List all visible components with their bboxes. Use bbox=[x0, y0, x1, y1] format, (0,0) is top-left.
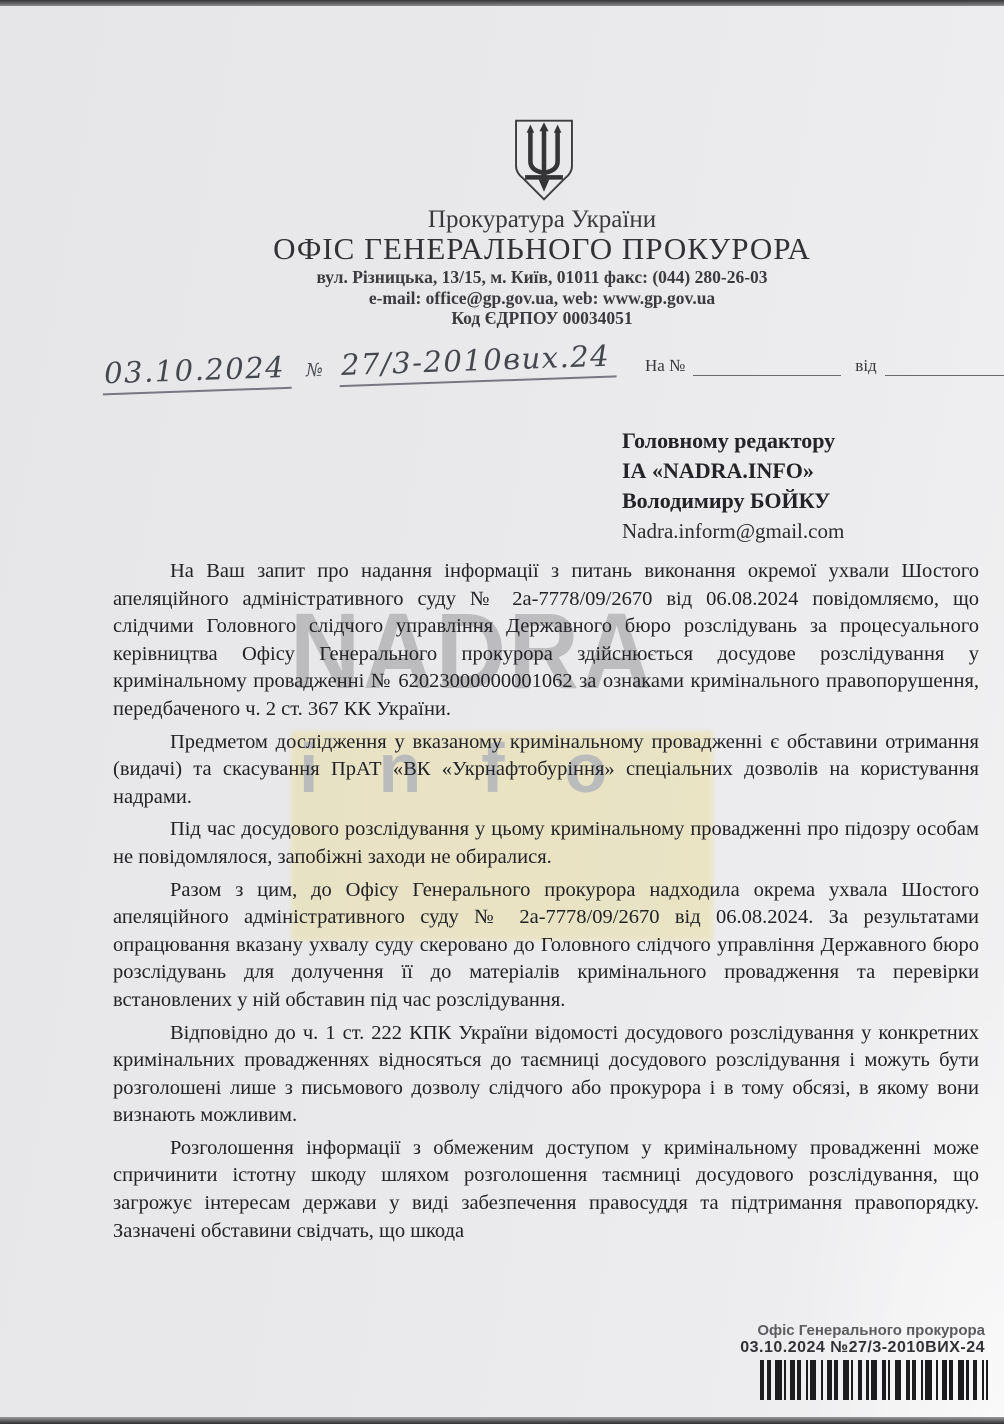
org-name-main: ОФІС ГЕНЕРАЛЬНОГО ПРОКУРОРА bbox=[80, 231, 1004, 267]
ukraine-trident-emblem bbox=[510, 116, 578, 204]
handwritten-number: 27/3-2010вих.24 bbox=[338, 338, 616, 387]
paragraph: На Ваш запит про надання інформації з пи… bbox=[113, 558, 979, 724]
registration-stamp: Офіс Генерального прокурора 03.10.2024 №… bbox=[740, 1322, 985, 1357]
number-sign: № bbox=[302, 359, 329, 381]
incoming-reference-row: На №від bbox=[645, 356, 1004, 376]
recipient-email: Nadra.inform@gmail.com bbox=[622, 516, 844, 546]
paragraph: Відповідно до ч. 1 ст. 222 КПК України в… bbox=[113, 1020, 979, 1130]
from-date-blank-line bbox=[885, 361, 1004, 376]
handwritten-date: 03.10.2024 bbox=[102, 350, 292, 396]
paragraph: Під час досудового розслідування у цьому… bbox=[113, 816, 979, 871]
recipient-block: Головному редактору ІА «NADRA.INFO» Воло… bbox=[622, 426, 844, 546]
letter-body: На Ваш запит про надання інформації з пи… bbox=[113, 558, 979, 1250]
scan-edge-bottom bbox=[0, 1417, 1004, 1424]
paragraph: Розголошення інформації з обмеженим дост… bbox=[113, 1135, 979, 1245]
paragraph: Предметом дослідження у вказаному кримін… bbox=[113, 729, 979, 812]
org-address: вул. Різницька, 13/15, м. Київ, 01011 фа… bbox=[80, 267, 1004, 288]
from-date-label: від bbox=[855, 356, 876, 375]
handwritten-outgoing-reference: 03.10.2024 № 27/3-2010вих.24 bbox=[102, 340, 583, 391]
barcode bbox=[760, 1360, 988, 1400]
org-name-small: Прокуратура України bbox=[80, 206, 1004, 234]
scan-edge-top bbox=[0, 0, 1004, 6]
scanned-letter-page: NADRA info Прокуратура України ОФІС ГЕНЕ… bbox=[0, 0, 1004, 1424]
recipient-role: Головному редактору bbox=[622, 426, 844, 456]
org-edrpou-code: Код ЄДРПОУ 00034051 bbox=[80, 308, 1004, 329]
paragraph: Разом з цим, до Офісу Генерального проку… bbox=[113, 877, 979, 1015]
stamp-org-name: Офіс Генерального прокурора bbox=[740, 1322, 985, 1339]
on-number-blank-line bbox=[693, 361, 841, 376]
stamp-doc-reference: 03.10.2024 №27/3-2010ВИХ-24 bbox=[740, 1339, 985, 1357]
recipient-organization: ІА «NADRA.INFO» bbox=[622, 456, 844, 486]
recipient-name: Володимиру БОЙКУ bbox=[622, 486, 844, 516]
org-contacts: e-mail: office@gp.gov.ua, web: www.gp.go… bbox=[80, 288, 1004, 309]
on-number-label: На № bbox=[645, 356, 685, 375]
